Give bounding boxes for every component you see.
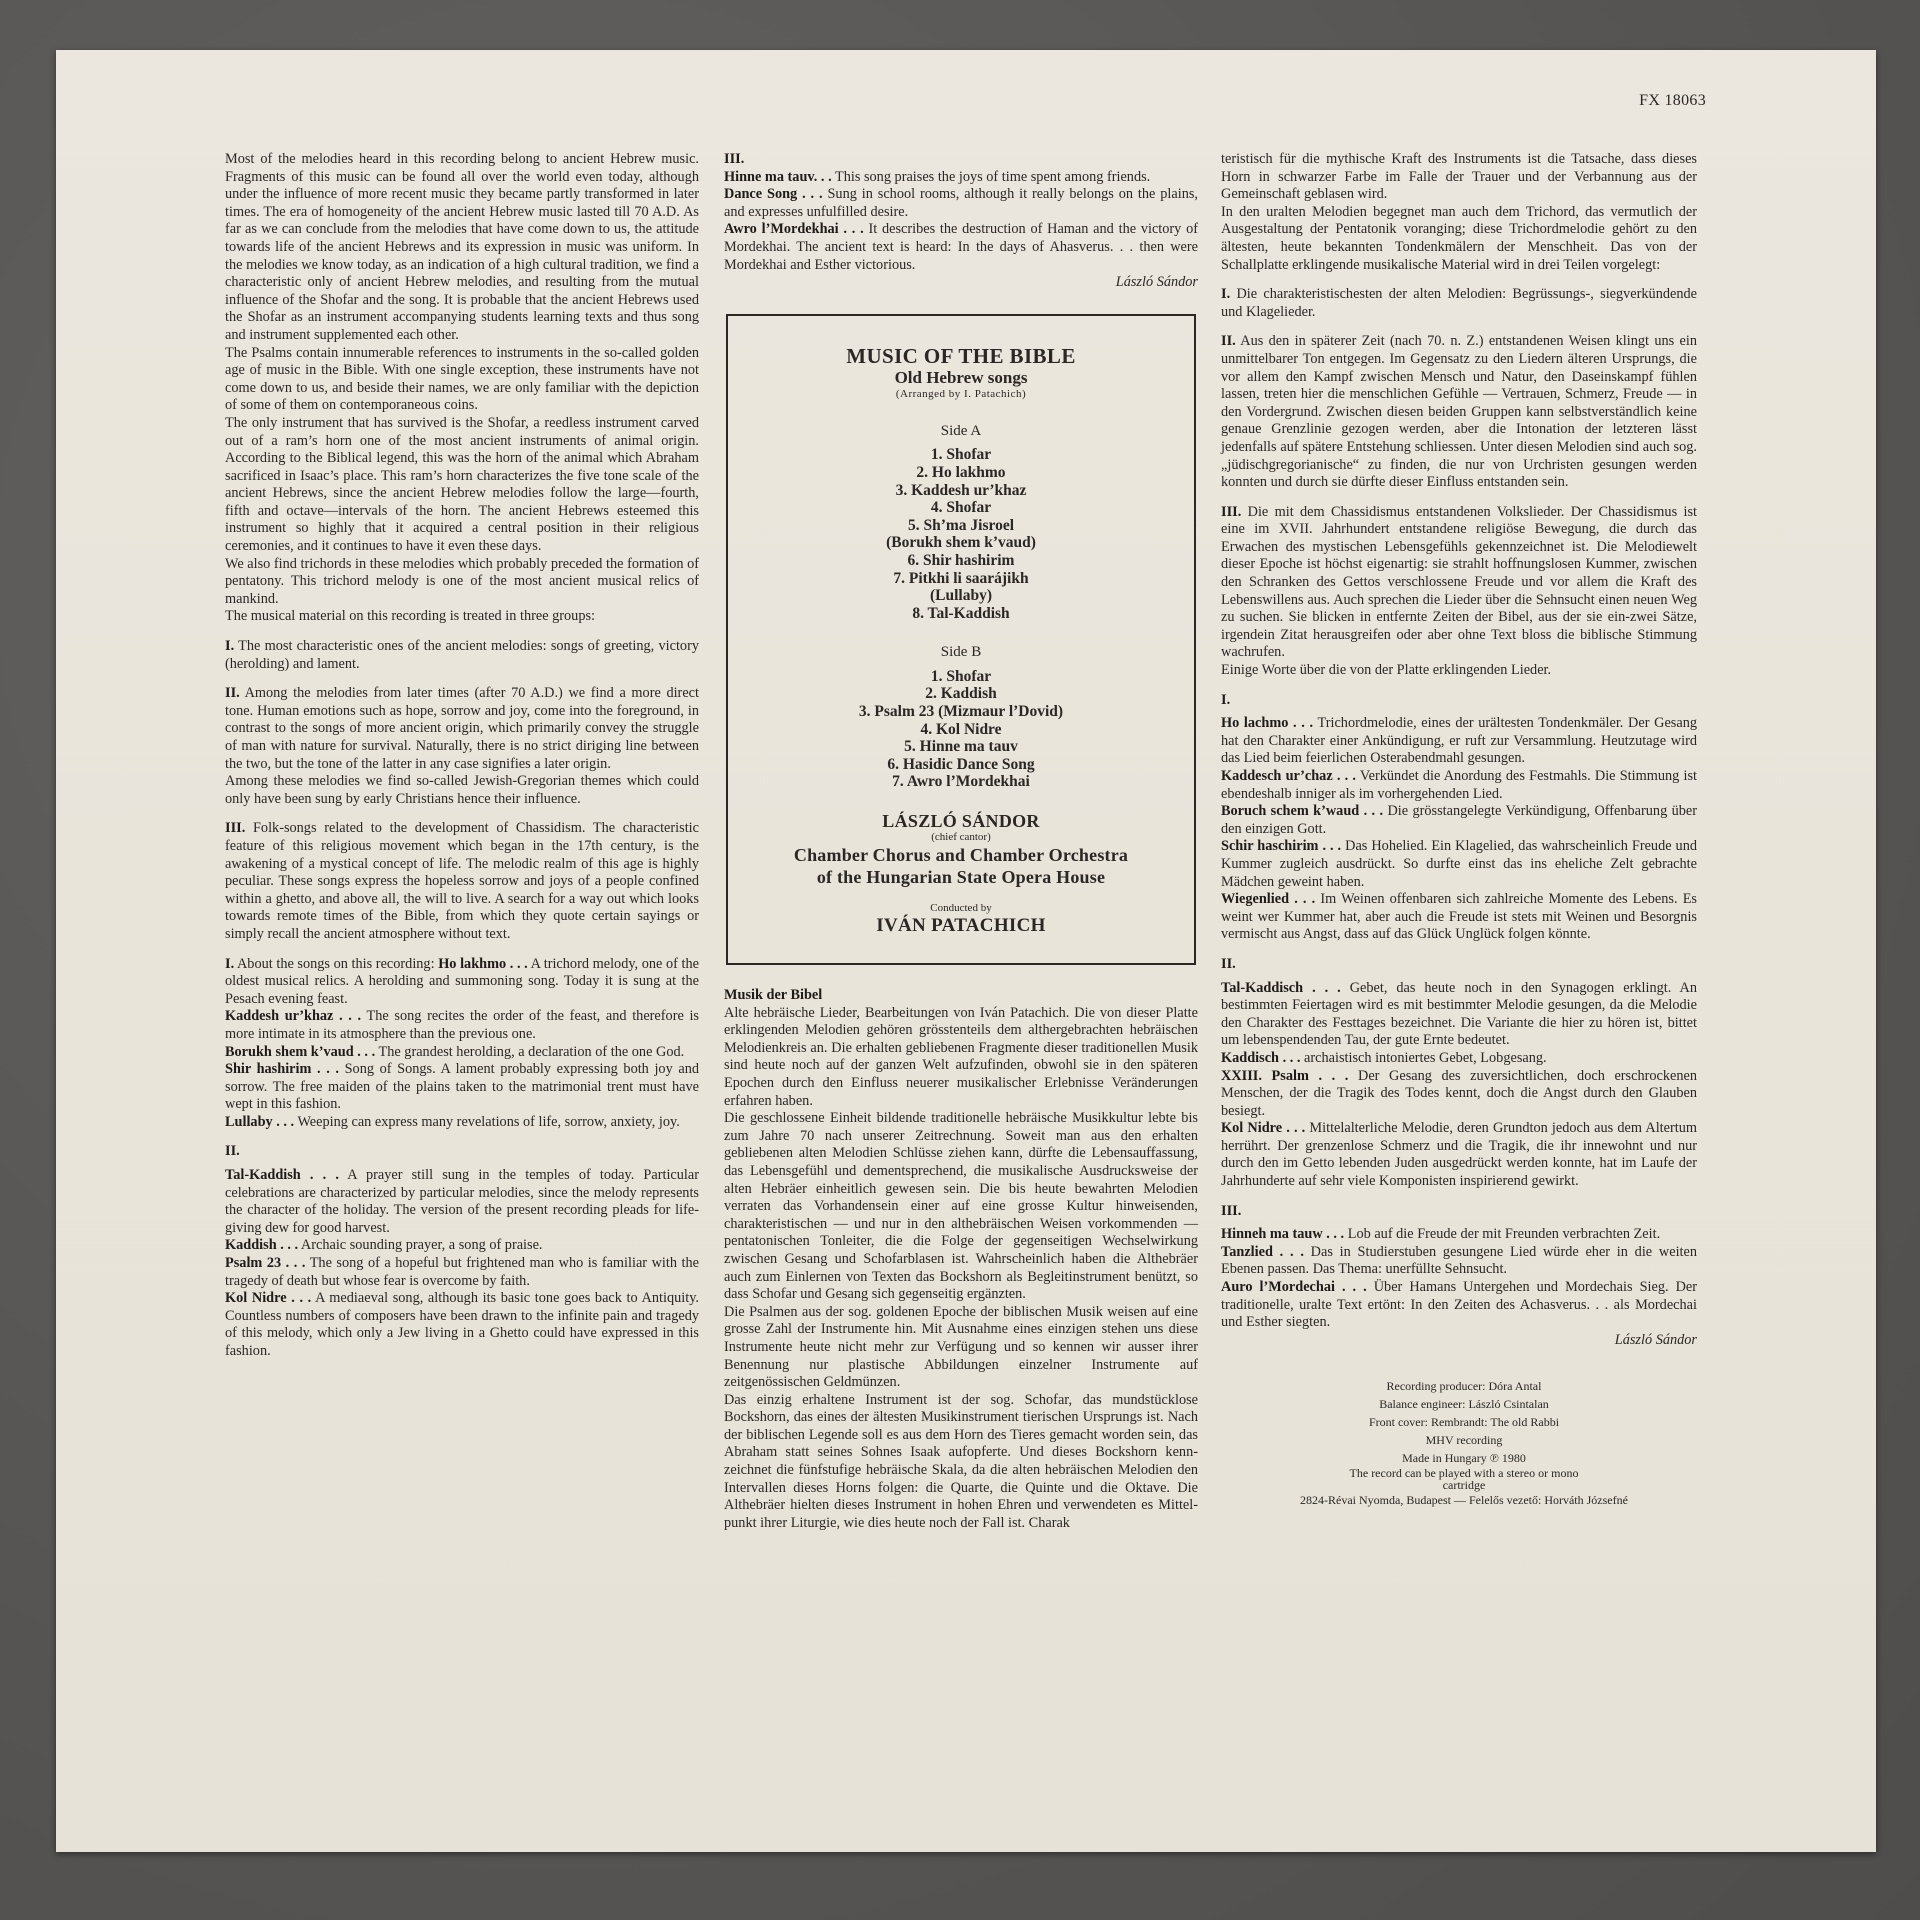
- song-note: Psalm 23 . . . The song of a hopeful but…: [225, 1255, 699, 1290]
- group-3-paragraph: III. Die mit dem Chassidismus entstanden…: [1221, 504, 1697, 662]
- german-paragraph: Das einzig erhaltene Instrument ist der …: [724, 1392, 1198, 1533]
- german-heading: Musik der Bibel: [724, 987, 1198, 1005]
- section-numeral: II.: [1221, 956, 1697, 974]
- artist-role: (chief cantor): [736, 831, 1186, 844]
- artist-name: LÁSZLÓ SÁNDOR: [736, 811, 1186, 831]
- track-item: 4. Shofar: [736, 499, 1186, 517]
- psalms-paragraph: The Psalms contain innumerable reference…: [225, 345, 699, 415]
- track-item: 5. Sh’ma Jisroel: [736, 517, 1186, 535]
- ensemble-line-2: of the Hungarian State Opera House: [736, 866, 1186, 888]
- song-note: Kaddesh ur’khaz . . . The song recites t…: [225, 1008, 699, 1043]
- author-signature: László Sándor: [724, 274, 1198, 292]
- song-note: Shir hashirim . . . Song of Songs. A lam…: [225, 1061, 699, 1114]
- section-numeral: III.: [1221, 1203, 1697, 1221]
- track-item: 1. Shofar: [736, 446, 1186, 464]
- track-item: 2. Kaddish: [736, 685, 1186, 703]
- song-note: Schir haschirim . . . Das Hohelied. Ein …: [1221, 838, 1697, 891]
- ensemble-line-1: Chamber Chorus and Chamber Orchestra: [736, 844, 1186, 866]
- group-3-paragraph: III. Folk-songs related to the developme…: [225, 820, 699, 943]
- track-item: (Lullaby): [736, 587, 1186, 605]
- credit-producer: Recording producer: Dóra Antal: [1231, 1377, 1697, 1395]
- credit-playback-cont: cartridge: [1231, 1479, 1697, 1491]
- track-item: 8. Tal-Kaddish: [736, 605, 1186, 623]
- german-paragraph: In den uralten Melodien begegnet man auc…: [1221, 204, 1697, 274]
- song-note: Tanzlied . . . Das in Studierstuben gesu…: [1221, 1244, 1697, 1279]
- track-item: 3. Kaddesh ur’khaz: [736, 482, 1186, 500]
- section-numeral: II.: [225, 1143, 699, 1161]
- track-item: 5. Hinne ma tauv: [736, 738, 1186, 756]
- middle-column: III. Hinne ma tauv. . . This song praise…: [724, 151, 1198, 1532]
- track-item: (Borukh shem k’vaud): [736, 534, 1186, 552]
- english-notes-column: Most of the melodies heard in this recor…: [225, 151, 699, 1361]
- songs-intro: Einige Worte über die von der Platte erk…: [1221, 662, 1697, 680]
- track-item: 7. Pitkhi li saarájikh: [736, 570, 1186, 588]
- song-note: Kol Nidre . . . Mittelalterliche Melodie…: [1221, 1120, 1697, 1190]
- song-note: Tal-Kaddisch . . . Gebet, das heute noch…: [1221, 980, 1697, 1050]
- arranger-credit: (Arranged by I. Patachich): [736, 388, 1186, 401]
- song-note: Wiegenlied . . . Im Weinen offenbaren si…: [1221, 891, 1697, 944]
- album-title: MUSIC OF THE BIBLE: [736, 344, 1186, 368]
- album-subtitle: Old Hebrew songs: [736, 368, 1186, 388]
- song-note: Kaddisch . . . archaistisch intoniertes …: [1221, 1050, 1697, 1068]
- track-item: 6. Hasidic Dance Song: [736, 756, 1186, 774]
- german-paragraph: Alte hebräische Lieder, Bearbeitungen vo…: [724, 1005, 1198, 1111]
- song-note: Borukh shem k’vaud . . . The grandest he…: [225, 1044, 699, 1062]
- song-note: Kol Nidre . . . A mediaeval song, althou…: [225, 1290, 699, 1360]
- section-numeral: I.: [1221, 692, 1697, 710]
- track-item: 2. Ho lakhmo: [736, 464, 1186, 482]
- side-b-tracklist: 1. Shofar2. Kaddish3. Psalm 23 (Mizmaur …: [736, 668, 1186, 791]
- catalog-number: FX 18063: [1639, 92, 1706, 110]
- trichord-paragraph: We also find trichords in these melodies…: [225, 556, 699, 609]
- song-note: XXIII. Psalm . . . Der Gesang des zuvers…: [1221, 1068, 1697, 1121]
- side-a-label: Side A: [736, 423, 1186, 441]
- song-note: Hinneh ma tauw . . . Lob auf die Freude …: [1221, 1226, 1697, 1244]
- group-1-paragraph: I. The most characteristic ones of the a…: [225, 638, 699, 673]
- track-item: 3. Psalm 23 (Mizmaur l’Dovid): [736, 703, 1186, 721]
- group-1-paragraph: I. Die charakteristischesten der alten M…: [1221, 286, 1697, 321]
- track-item: 6. Shir hashirim: [736, 552, 1186, 570]
- tracklist-box: MUSIC OF THE BIBLE Old Hebrew songs (Arr…: [726, 314, 1196, 965]
- song-note: Awro l’Mordekhai . . . It describes the …: [724, 221, 1198, 274]
- groups-intro-paragraph: The musical material on this recording i…: [225, 608, 699, 626]
- german-paragraph: teristisch für die mythische Kraft des I…: [1221, 151, 1697, 204]
- group-2-paragraph: II. Aus den in späterer Zeit (nach 70. n…: [1221, 333, 1697, 491]
- song-note: Hinne ma tauv. . . This song praises the…: [724, 169, 1198, 187]
- track-item: 7. Awro l’Mordekhai: [736, 773, 1186, 791]
- song-notes-intro: I. About the songs on this recording: Ho…: [225, 956, 699, 1009]
- song-note: Lullaby . . . Weeping can express many r…: [225, 1114, 699, 1132]
- song-note: Ho lachmo . . . Trichordmelodie, eines d…: [1221, 715, 1697, 768]
- song-note: Auro l’Mordechai . . . Über Hamans Unter…: [1221, 1279, 1697, 1332]
- song-note: Boruch schem k’waud . . . Die grösstange…: [1221, 803, 1697, 838]
- group-2-paragraph-continued: Among these melodies we find so-called J…: [225, 773, 699, 808]
- record-sleeve-back: FX 18063 Most of the melodies heard in t…: [56, 50, 1876, 1852]
- german-paragraph: Die Psalmen aus der sog. goldenen Epoche…: [724, 1304, 1198, 1392]
- conducted-by-label: Conducted by: [736, 902, 1186, 915]
- song-note: Kaddish . . . Archaic sounding prayer, a…: [225, 1237, 699, 1255]
- song-note: Dance Song . . . Sung in school rooms, a…: [724, 186, 1198, 221]
- credit-engineer: Balance engineer: László Csintalan: [1231, 1395, 1697, 1413]
- german-paragraph: Die geschlossene Einheit bildende tradit…: [724, 1110, 1198, 1304]
- section-numeral: III.: [724, 151, 1198, 169]
- credit-made-in: Made in Hungary ℗ 1980: [1231, 1449, 1697, 1467]
- author-signature: László Sándor: [1221, 1332, 1697, 1350]
- track-item: 4. Kol Nidre: [736, 721, 1186, 739]
- song-note: Kaddesch ur’chaz . . . Verkündet die Ano…: [1221, 768, 1697, 803]
- side-b-label: Side B: [736, 644, 1186, 662]
- production-credits: Recording producer: Dóra Antal Balance e…: [1221, 1377, 1697, 1509]
- intro-paragraph: Most of the melodies heard in this recor…: [225, 151, 699, 345]
- german-notes-column: teristisch für die mythische Kraft des I…: [1221, 151, 1697, 1509]
- credit-label: MHV recording: [1231, 1431, 1697, 1449]
- credit-cover: Front cover: Rembrandt: The old Rabbi: [1231, 1413, 1697, 1431]
- song-note: Tal-Kaddish . . . A prayer still sung in…: [225, 1167, 699, 1237]
- group-2-paragraph: II. Among the melodies from later times …: [225, 685, 699, 773]
- conductor-name: IVÁN PATACHICH: [736, 915, 1186, 937]
- credit-printer: 2824-Révai Nyomda, Budapest — Felelős ve…: [1231, 1491, 1697, 1509]
- shofar-paragraph: The only instrument that has survived is…: [225, 415, 699, 556]
- side-a-tracklist: 1. Shofar2. Ho lakhmo3. Kaddesh ur’khaz4…: [736, 446, 1186, 622]
- track-item: 1. Shofar: [736, 668, 1186, 686]
